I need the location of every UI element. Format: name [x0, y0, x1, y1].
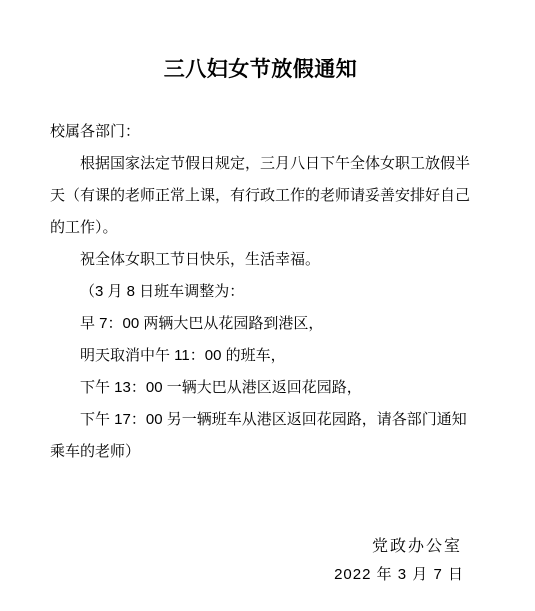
- paragraph-shuttle-morning: 早 7：00 两辆大巴从花园路到港区，: [50, 308, 471, 340]
- paragraph-holiday-wishes: 祝全体女职工节日快乐，生活幸福。: [50, 244, 471, 276]
- paragraph-shuttle-1300: 下午 13：00 一辆大巴从港区返回花园路，: [50, 372, 471, 404]
- paragraph-shuttle-cancel-noon: 明天取消中午 11：00 的班车，: [50, 340, 471, 372]
- signature-block: 党政办公室 2022 年 3 月 7 日: [50, 533, 471, 589]
- paragraph-holiday-rule: 根据国家法定节假日规定，三月八日下午全体女职工放假半天（有课的老师正常上课，有行…: [50, 148, 471, 244]
- paragraph-shuttle-1700: 下午 17：00 另一辆班车从港区返回花园路，请各部门通知乘车的老师）: [50, 404, 471, 468]
- document-body: 校属各部门： 根据国家法定节假日规定，三月八日下午全体女职工放假半天（有课的老师…: [50, 116, 471, 468]
- paragraph-shuttle-intro: （3 月 8 日班车调整为：: [50, 276, 471, 308]
- document-page: 三八妇女节放假通知 校属各部门： 根据国家法定节假日规定，三月八日下午全体女职工…: [0, 0, 535, 611]
- document-title: 三八妇女节放假通知: [50, 53, 471, 85]
- signature-org: 党政办公室: [50, 533, 471, 561]
- signature-date: 2022 年 3 月 7 日: [50, 561, 471, 589]
- salutation-line: 校属各部门：: [50, 116, 471, 148]
